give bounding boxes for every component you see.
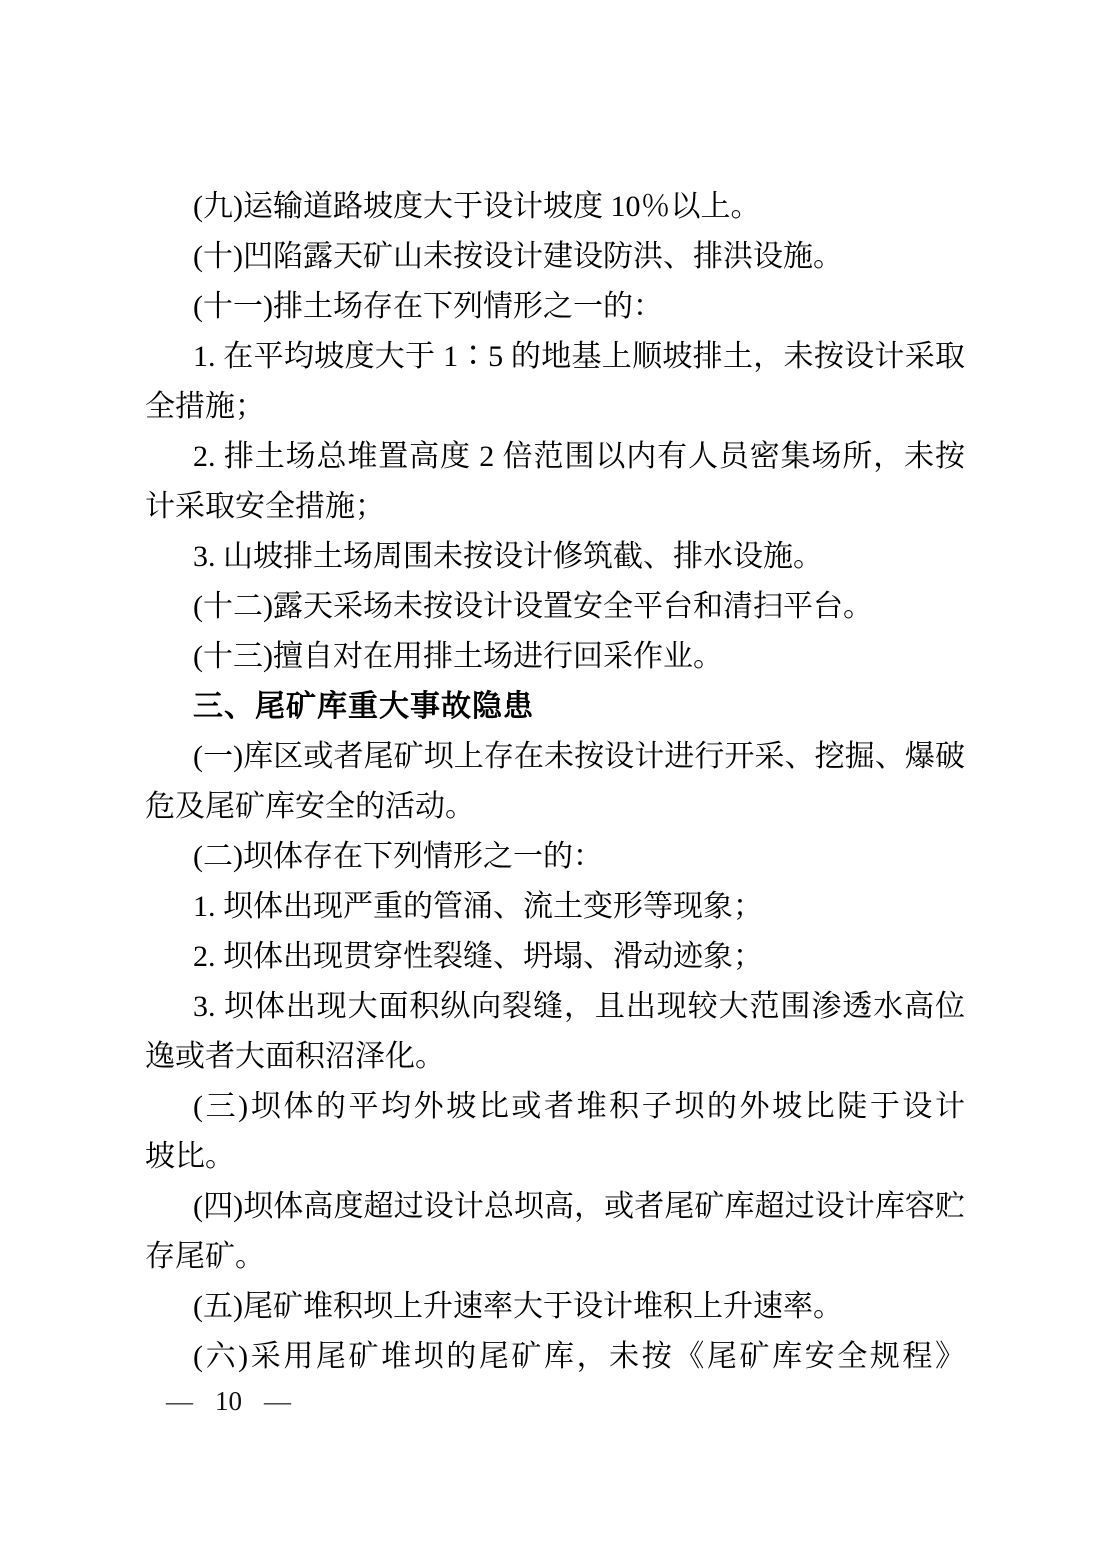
text-line: 2. 排土场总堆置高度 2 倍范围以内有人员密集场所，未按设 — [145, 432, 965, 482]
text-line: 1. 坝体出现严重的管涌、流土变形等现象； — [145, 882, 965, 932]
text-line: (一)库区或者尾矿坝上存在未按设计进行开采、挖掘、爆破等 — [145, 732, 965, 782]
text-line: 2. 坝体出现贯穿性裂缝、坍塌、滑动迹象； — [145, 932, 965, 982]
footer-dash-left: — — [166, 1388, 193, 1415]
text-line: 坡比。 — [145, 1132, 965, 1182]
text-line: 3. 山坡排土场周围未按设计修筑截、排水设施。 — [145, 532, 965, 582]
text-line: 3. 坝体出现大面积纵向裂缝，且出现较大范围渗透水高位出 — [145, 982, 965, 1032]
text-line: (十二)露天采场未按设计设置安全平台和清扫平台。 — [145, 582, 965, 632]
document-page: (九)运输道路坡度大于设计坡度 10％以上。(十)凹陷露天矿山未按设计建设防洪、… — [0, 0, 1103, 1560]
text-line: (十一)排土场存在下列情形之一的： — [145, 282, 965, 332]
text-line: (四)坝体高度超过设计总坝高，或者尾矿库超过设计库容贮 — [145, 1182, 965, 1232]
text-line: (十三)擅自对在用排土场进行回采作业。 — [145, 632, 965, 682]
text-line: (三)坝体的平均外坡比或者堆积子坝的外坡比陡于设计 — [145, 1082, 965, 1132]
text-line: 1. 在平均坡度大于 1∶5 的地基上顺坡排土，未按设计采取安 — [145, 332, 965, 382]
text-line: (二)坝体存在下列情形之一的： — [145, 832, 965, 882]
text-line: 逸或者大面积沼泽化。 — [145, 1032, 965, 1082]
text-line: 存尾矿。 — [145, 1232, 965, 1282]
text-line: (九)运输道路坡度大于设计坡度 10％以上。 — [145, 182, 965, 232]
document-body: (九)运输道路坡度大于设计坡度 10％以上。(十)凹陷露天矿山未按设计建设防洪、… — [145, 182, 965, 1382]
text-line: (六)采用尾矿堆坝的尾矿库，未按《尾矿库安全规程》 — [145, 1332, 965, 1382]
footer-page-number: 10 — [215, 1388, 242, 1415]
text-line: 全措施； — [145, 382, 965, 432]
text-line: 危及尾矿库安全的活动。 — [145, 782, 965, 832]
page-footer: — 10 — — [166, 1388, 291, 1415]
text-line: (十)凹陷露天矿山未按设计建设防洪、排洪设施。 — [145, 232, 965, 282]
footer-dash-right: — — [264, 1388, 291, 1415]
text-line: 计采取安全措施； — [145, 482, 965, 532]
text-line: (五)尾矿堆积坝上升速率大于设计堆积上升速率。 — [145, 1282, 965, 1332]
section-heading: 三、尾矿库重大事故隐患 — [145, 682, 965, 732]
